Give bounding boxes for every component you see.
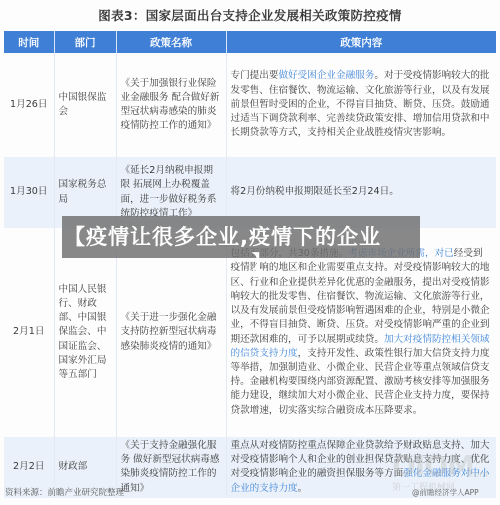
app-credit: @前瞻经济学人APP: [412, 487, 479, 498]
cell-department: 中国银保监会: [54, 53, 116, 157]
cell-policy-content: 专门提出要做好受困企业金融服务。对于受疫情影响较大的批发零售、住宿餐饮、物流运输…: [226, 53, 496, 157]
cell-policy-name: 《关于加强银行业保险业金融服务 配合做好新型冠状病毒感染的肺炎疫情防控工作的通知…: [116, 53, 226, 157]
header-department: 部门: [54, 31, 116, 53]
figure-title: 图表3：国家层面出台支持企业发展相关政策防控疫情: [0, 6, 500, 24]
cell-policy-name: 《关于支持金融强化服务 做好新型冠状病毒感染肺炎疫情防控工作的通知》: [116, 437, 226, 498]
header-policy-content: 政策内容: [226, 31, 496, 53]
table-row: 2月1日 中国人民银行、财政部、中国银保监会、中国证监会、国家外汇局等五部门 《…: [4, 228, 496, 437]
cell-policy-name: 《关于进一步强化金融支持防控新型冠状病毒感染肺炎疫情的通知》: [116, 228, 226, 437]
cell-date: 2月1日: [4, 228, 54, 437]
content-text: 专门提出要: [231, 70, 279, 81]
overlay-title-banner[interactable]: 【疫情让很多企业,疫情下的企业: [62, 216, 420, 258]
header-policy-name: 政策名称: [116, 31, 226, 53]
header-date: 时间: [4, 31, 54, 53]
table-header-row: 时间 部门 政策名称 政策内容: [4, 31, 496, 53]
table-row: 1月26日 中国银保监会 《关于加强银行业保险业金融服务 配合做好新型冠状病毒感…: [4, 53, 496, 157]
overlay-title-bracket: 】: [252, 256, 266, 270]
content-text: 。: [298, 483, 308, 494]
cell-date: 1月26日: [4, 53, 54, 157]
content-highlight: 做好受困企业金融服务: [278, 70, 374, 81]
policy-table: 时间 部门 政策名称 政策内容 1月26日 中国银保监会 《关于加强银行业保险业…: [4, 31, 496, 498]
cell-department: 中国人民银行、财政部、中国银保监会、中国证监会、国家外汇局等五部门: [54, 228, 116, 437]
source-note: 资料来源：前瞻产业研究院整理: [5, 486, 124, 498]
cell-date: 1月30日: [4, 157, 54, 228]
